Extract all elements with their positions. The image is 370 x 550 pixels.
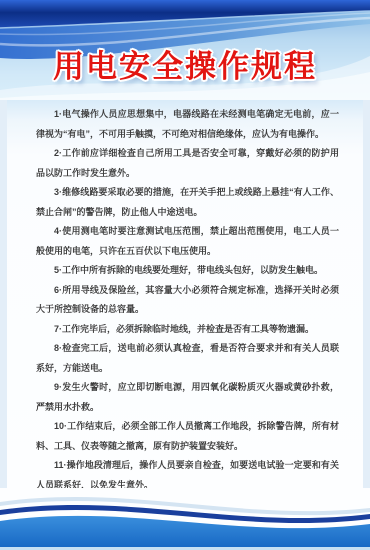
poster-title: 用电安全操作规程 (0, 41, 370, 86)
safety-poster: 用电安全操作规程 1·电气操作人员应思想集中，电器线路在未经测电笔确定无电前，应… (0, 0, 370, 550)
poster-footer (0, 488, 370, 550)
rule-item-5: 5·工作中所有拆除的电线要处理好，带电线头包好，以防发生触电。 (36, 261, 339, 281)
rule-item-3: 3·维修线路要采取必要的措施，在开关手把上或线路上悬挂“有人工作、禁止合闸”的警… (36, 183, 339, 222)
rule-item-4: 4·使用测电笔时要注意测试电压范围，禁止超出范围使用，电工人员一般使用的电笔，只… (36, 222, 339, 261)
rules-list: 1·电气操作人员应思想集中，电器线路在未经测电笔确定无电前，应一律视为“有电”，… (0, 100, 370, 488)
rule-item-7: 7·工作完毕后，必须拆除临时地线，并检查是否有工具等物遗漏。 (36, 320, 339, 340)
rule-item-2: 2·工作前应详细检查自己所用工具是否安全可靠，穿戴好必须的防护用品以防工作时发生… (36, 144, 339, 183)
rule-item-1: 1·电气操作人员应思想集中，电器线路在未经测电笔确定无电前，应一律视为“有电”，… (36, 105, 339, 144)
rule-item-6: 6·所用导线及保险丝，其容量大小必须符合规定标准，选择开关时必须大于所控制设备的… (36, 281, 339, 320)
poster-header: 用电安全操作规程 (0, 0, 370, 100)
rule-item-10: 10·工作结束后，必须全部工作人员撤离工作地段，拆除警告牌，所有材料、工具、仪表… (36, 417, 339, 456)
rule-item-8: 8·检查完工后，送电前必须认真检查，看是否符合要求并和有关人员联系好，方能送电。 (36, 339, 339, 378)
rule-item-9: 9·发生火警时，应立即切断电源，用四氧化碳粉质灭火器或黄砂扑救，严禁用水扑救。 (36, 378, 339, 417)
footer-wave-art (0, 488, 370, 550)
